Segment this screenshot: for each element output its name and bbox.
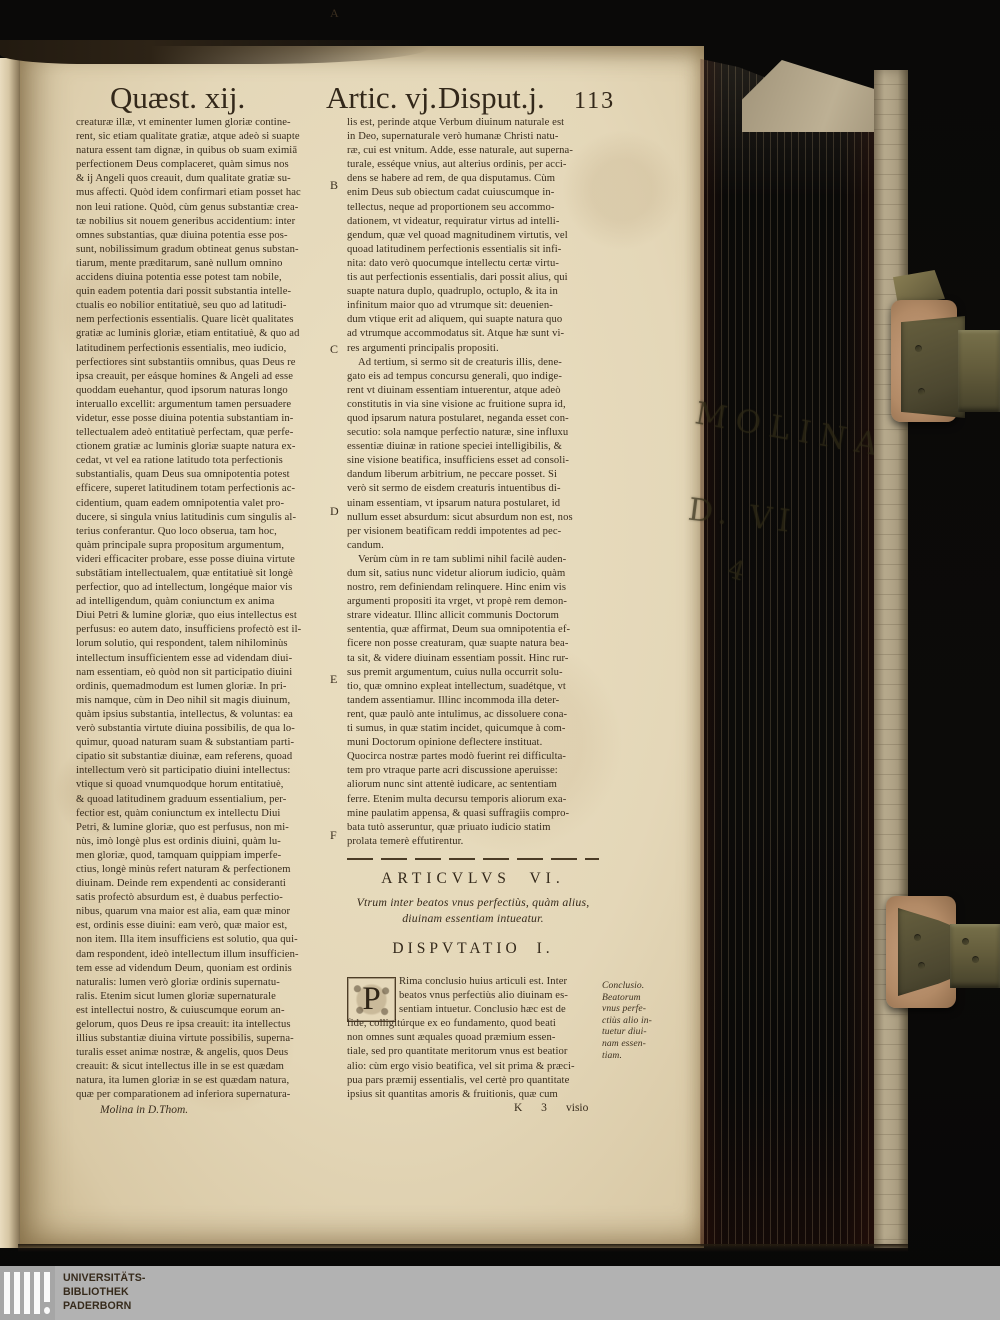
paragraph: Verùm cùm in re tam sublimi nihil facilè… <box>347 553 599 849</box>
text-line: sentiam intuetur. Conclusio hæc est de <box>399 1003 599 1017</box>
clasp-rivet <box>914 934 921 941</box>
clasp-rivet <box>915 345 922 352</box>
text-line: substantialis, quam Deus sua omnipotenti… <box>76 468 330 482</box>
clasp-strap <box>958 330 1000 412</box>
text-line: tuetur diui- <box>602 1026 672 1038</box>
text-line: Conclusio. <box>602 980 672 992</box>
text-line: tiam. <box>602 1050 672 1062</box>
fore-edge-red-pages <box>700 54 876 1246</box>
text-line: tiarum, mente præditarum, sanè nullum om… <box>76 257 330 271</box>
text-line: dum sit, satius nunc videtur aliorum iud… <box>347 567 599 581</box>
text-line: ducere, si singula vnius latitudinis cum… <box>76 511 330 525</box>
text-line: natura essent tam dignæ, in quibus ob su… <box>76 144 330 158</box>
text-line: turalis esset animæ nostræ, & angelis, q… <box>76 1046 330 1060</box>
text-line: creauit: & sicut intellectus ille in se … <box>76 1060 330 1074</box>
text-line: ta sit, & videre diuinam essentiam possi… <box>347 652 599 666</box>
text-line: ti sumus, in quæ statim incidet, quicumq… <box>347 722 599 736</box>
text-line: uinam essentiam, vt ipsarum natura postu… <box>347 497 599 511</box>
text-line: nibus, quarum vna maior est alia, eam qu… <box>76 905 330 919</box>
text-line: ctionem gratiæ ac luminis gloriæ suapte … <box>76 440 330 454</box>
text-line: Ad tertium, si sermo sit de creaturis il… <box>347 356 599 370</box>
paragraph: creaturæ illæ, vt eminenter lumen gloriæ… <box>76 116 330 1103</box>
clasp-rivet <box>918 962 925 969</box>
article-question: Vtrum inter beatos vnus perfectiùs, quàm… <box>340 894 606 926</box>
text-line: sus premit argumentum, cuius nulla occur… <box>347 666 599 680</box>
text-line: non omnes sunt æquales quoad præmium ess… <box>347 1031 599 1045</box>
catchword: visio <box>566 1102 588 1114</box>
text-line: rent vt diuinam essentiam intuerentur, a… <box>347 384 599 398</box>
text-line: verò sit sermo de eisdem creaturis intue… <box>347 482 599 496</box>
text-line: ctiùs alio in- <box>602 1015 672 1027</box>
text-line: ipsius sit quantitas amoris & fruitionis… <box>347 1088 599 1102</box>
text-line: ctius, longè minùs refert naturam & perf… <box>76 863 330 877</box>
text-line: constitutis in via sine visione ac fruit… <box>347 398 599 412</box>
running-head-quaestio: Quæst. xij. <box>110 80 245 116</box>
text-line: turale, esséque vnius, aut alterius ordi… <box>347 158 599 172</box>
margin-letter-E: E <box>330 672 337 687</box>
text-line: substātiam intellectualem, quæ entitatiu… <box>76 567 330 581</box>
text-line: cidentium, quam eadem omnipotentia valet… <box>76 497 330 511</box>
text-line: illius substantiæ diuina virtute possibi… <box>76 1032 330 1046</box>
library-logo <box>0 1266 55 1320</box>
text-line: non item. Illa item insufficiens est sol… <box>76 933 330 947</box>
text-line: nùs, imò longè plus est ordinis diuini, … <box>76 835 330 849</box>
clasp-plate <box>901 316 965 418</box>
text-line: intellectum verò sit participatio diuini… <box>76 764 330 778</box>
text-line: mine paulatim appensa, & quasi suffragii… <box>347 807 599 821</box>
text-line: ad intelligendum, quàm coniunctum ex ani… <box>76 595 330 609</box>
text-line: fide, colligitúrque ex eo fundamento, qu… <box>347 1017 599 1031</box>
text-line: strare videatur. Illinc allicit communis… <box>347 609 599 623</box>
text-line: Vtrum inter beatos vnus perfectiùs, quàm… <box>340 894 606 910</box>
text-line: dum vtique erit ad aliquem, qui suapte n… <box>347 313 599 327</box>
text-line: natura, ita lumen gloriæ in se est quæda… <box>76 1074 330 1088</box>
text-line: quàm principale supra propositum argumen… <box>76 539 330 553</box>
text-line: mus affecti. Quòd idem confirmari etiam … <box>76 186 330 200</box>
text-line: videri efficaciter probare, esse posse d… <box>76 553 330 567</box>
text-line: Beatorum <box>602 992 672 1004</box>
text-line: muni Doctorum opinione deflectere instit… <box>347 736 599 750</box>
text-line: tæ nobilius sit nouem generibus accident… <box>76 215 330 229</box>
section-rule <box>347 858 599 860</box>
logo-bar-icon <box>4 1272 10 1314</box>
text-line: Petri, & lumine gloriæ, quo est perfusus… <box>76 821 330 835</box>
text-line: bata tutò asseruntur, quæ priuato iudici… <box>347 821 599 835</box>
text-line: quod ipsarum natura postularet, neganda … <box>347 412 599 426</box>
text-line: tem pro vtraque parte acri discussione a… <box>347 764 599 778</box>
text-line: gelorum, quos Deus re ipsa creauit: ita … <box>76 1018 330 1032</box>
text-line: perfusus: eo autem dato, insufficiens pr… <box>76 623 330 637</box>
text-line: gendum, quæ vel quoad magnitudinem virtu… <box>347 229 599 243</box>
cover-board-edge <box>874 70 908 1248</box>
text-line: ferre. Etenim multa decursu temporis ali… <box>347 793 599 807</box>
text-line: cipatio sit substantiæ diuinæ, eam refer… <box>76 750 330 764</box>
text-line: quin eadem potentia dari possit substant… <box>76 285 330 299</box>
text-line: terius conferantur. Quo loco obserua, ta… <box>76 525 330 539</box>
gathering-signature: K 3 <box>514 1102 547 1114</box>
text-line: & ij Angeli quos creauit, dum qualitate … <box>76 172 330 186</box>
text-line: sunt, nobilissimum gradum obtineat genus… <box>76 243 330 257</box>
text-line: ficere non posse creaturam, quæ suapte n… <box>347 637 599 651</box>
text-line: nullum esset absurdum: sicut absurdum no… <box>347 511 599 525</box>
text-line: res argumenti principalis propositi. <box>347 342 599 356</box>
text-line: non leui ratione. Quòd, cùm genus substa… <box>76 201 330 215</box>
text-line: secutio: sola namque perfectio naturæ, s… <box>347 426 599 440</box>
running-head-articulus: Artic. vj. <box>326 80 437 116</box>
text-line: naturalis: lumen verò gloriæ ordinis sup… <box>76 976 330 990</box>
text-line: diuinam. Deinde rem expendenti ac consid… <box>76 877 330 891</box>
text-line: lis est, perinde atque Verbum diuinum na… <box>347 116 599 130</box>
text-line: beatos vnus perfectiùs alio diuinam es- <box>399 989 599 1003</box>
text-line: efficere, superet latitudinem totam perf… <box>76 482 330 496</box>
text-line: tellectualem adeò entitatiuè perfectam, … <box>76 426 330 440</box>
text-line: PADERBORN <box>63 1299 146 1313</box>
text-line: interuallo excellit: argumentum tamen pe… <box>76 398 330 412</box>
text-line: candum. <box>347 539 599 553</box>
conclusion-paragraph: Rima conclusio huius articuli est. Inter… <box>347 975 599 1102</box>
text-line: videtur, esse posse diuina potentia subs… <box>76 412 330 426</box>
running-head-disputatio: Disput.j. <box>438 80 545 116</box>
text-line: ipsa creauit, per eásque homines & Angel… <box>76 370 330 384</box>
logo-bar-icon <box>34 1272 40 1314</box>
paragraph: lis est, perinde atque Verbum diuinum na… <box>347 116 599 356</box>
text-line: suapte natura duplo, quadruplo, octuplo,… <box>347 285 599 299</box>
text-line: creaturæ illæ, vt eminenter lumen gloriæ… <box>76 116 330 130</box>
text-line: lorum solutio, qui respondent, talem nih… <box>76 637 330 651</box>
text-column-left: creaturæ illæ, vt eminenter lumen gloriæ… <box>76 116 330 1103</box>
text-line: verò substantia virtute diuina possibili… <box>76 722 330 736</box>
text-line: pua pars præmij essentialis, vel certè p… <box>347 1074 599 1088</box>
logo-bar-icon <box>14 1272 20 1314</box>
text-line: in Deo, supernaturale verò humanæ Christ… <box>347 130 599 144</box>
text-line: diuinam essentiam intueatur. <box>340 910 606 926</box>
text-line: tiale, sed pro quantitate meritorum vnus… <box>347 1045 599 1059</box>
text-line: cedat, vt vel ea ratione latitudo tota p… <box>76 454 330 468</box>
adjacent-page-edge <box>0 58 22 1248</box>
text-line: tio, quæ omnino expleat intellectum, sua… <box>347 680 599 694</box>
text-line: tis aut perfectionis essentialis, dari p… <box>347 271 599 285</box>
library-footer-band: UNIVERSITÄTS-BIBLIOTHEKPADERBORN <box>0 1266 1000 1320</box>
text-line: prolata temerè effutirentur. <box>347 835 599 849</box>
disputatio-heading: DISPVTATIO I. <box>347 940 599 958</box>
text-line: perfectiores sint substantiis omnibus, q… <box>76 356 330 370</box>
library-name: UNIVERSITÄTS-BIBLIOTHEKPADERBORN <box>63 1271 146 1313</box>
text-line: nita: dato verò quocumque intellectu cer… <box>347 257 599 271</box>
text-line: dens se habere ad rem, de qua disputamus… <box>347 172 599 186</box>
text-line: gato eis ad tempus concursu generali, qu… <box>347 370 599 384</box>
text-line: Verùm cùm in re tam sublimi nihil facilè… <box>347 553 599 567</box>
clasp-rivet <box>918 388 925 395</box>
article-heading: ARTICVLVS VI. <box>347 870 599 888</box>
text-line: latitudinem perfectionis essentialis, me… <box>76 342 330 356</box>
text-line: fectior est, quàm coniunctum ex intellec… <box>76 807 330 821</box>
text-line: ralis. Etenim sicut lumen gloriæ superna… <box>76 990 330 1004</box>
text-line: dationem, vt videatur, requiratur virtus… <box>347 215 599 229</box>
text-line: tellectus, neque ad proportionem seu acc… <box>347 201 599 215</box>
clasp-rivet <box>972 956 979 963</box>
text-line: omnes substantias, quæ diuina potentia e… <box>76 229 330 243</box>
text-line: quàm ipsius substantia, intellectus, & v… <box>76 708 330 722</box>
text-line: BIBLIOTHEK <box>63 1285 146 1299</box>
text-line: tem esse ad videndum Deum, quoniam est o… <box>76 962 330 976</box>
text-line: perfectior, quo ad intellectum, longéque… <box>76 581 330 595</box>
text-line: gratiæ ac luminis gloriæ, etiam entitati… <box>76 327 330 341</box>
text-line: quoddam euehantur, quod ipsorum naturas … <box>76 384 330 398</box>
margin-letter-A: A <box>330 6 339 21</box>
text-line: enim Deus sub obiectum cadat cuiuscumque… <box>347 186 599 200</box>
text-line: ctualis eo nobilior entitatiuè, seu quo … <box>76 299 330 313</box>
marginal-note: Conclusio.Beatorumvnus perfe-ctiùs alio … <box>602 980 672 1061</box>
text-line: perfectionem Deus complaceret, quàm simu… <box>76 158 330 172</box>
paragraph: Ad tertium, si sermo sit de creaturis il… <box>347 356 599 553</box>
page-number: 113 <box>574 88 615 115</box>
photographed-book-scan: MOLINA D. VI 4 Quæst. xij. Artic. vj. Di… <box>0 0 1000 1320</box>
text-line: UNIVERSITÄTS- <box>63 1271 146 1285</box>
text-line: quæ per comparationem ad inferiora super… <box>76 1088 330 1102</box>
text-line: tandem assentiamur. Illinc incommoda ill… <box>347 694 599 708</box>
text-line: argumenti propositi ita vrget, vt propè … <box>347 595 599 609</box>
text-line: dandum liberum arbitrium, ne peccare pos… <box>347 468 599 482</box>
text-line: est, ordinis esse diuini: eam verò, quæ … <box>76 919 330 933</box>
logo-bar-icon <box>44 1272 50 1302</box>
text-column-right: lis est, perinde atque Verbum diuinum na… <box>347 116 599 849</box>
text-line: Quocirca nostræ partes modò fuerint rei … <box>347 750 599 764</box>
text-line: ad vtrumque accommodatus sit. Atque hæ s… <box>347 327 599 341</box>
text-line: vnus perfe- <box>602 1003 672 1015</box>
text-line: nem perfectionis essentialis. Quare licè… <box>76 313 330 327</box>
text-line: rent, quæ paulò ante intulimus, ac disso… <box>347 708 599 722</box>
text-line: nam essen- <box>602 1038 672 1050</box>
text-line: intellectum insufficientem esse ad viden… <box>76 652 330 666</box>
text-line: men gloriæ, quod, tamquam quippiam imper… <box>76 849 330 863</box>
text-line: est intellectui nostro, & cuiuscumque eo… <box>76 1004 330 1018</box>
text-line: infinitum maior quo ad vtrumque sit: deu… <box>347 299 599 313</box>
text-line: satis profectò absurdum est, è duabus pe… <box>76 891 330 905</box>
text-line: ordinis, quemadmodum est lumen gloriæ. I… <box>76 680 330 694</box>
margin-letter-D: D <box>330 504 339 519</box>
logo-bar-icon <box>24 1272 30 1314</box>
running-title-molina: Molina in D.Thom. <box>100 1104 188 1116</box>
text-line: dam respondent, ideò intellectum illum i… <box>76 948 330 962</box>
margin-letter-F: F <box>330 828 337 843</box>
text-line: & quoad latitudinem graduum essentialium… <box>76 793 330 807</box>
text-line: sine visione beatifica, insufficiens ess… <box>347 454 599 468</box>
clasp-rivet <box>962 938 969 945</box>
text-line: quimur, quoad naturam suam & substantiam… <box>76 736 330 750</box>
text-line: rent, sic etiam qualitate gratiæ, atque … <box>76 130 330 144</box>
text-line: ræ, cui est vnitum. Adde, esse naturale,… <box>347 144 599 158</box>
text-line: accidens diuina potentia esse potest tam… <box>76 271 330 285</box>
text-line: alio: cùm ergo visio beatifica, vel sit … <box>347 1060 599 1074</box>
text-line: per visionem beatificam reddi impotentes… <box>347 525 599 539</box>
text-line: Rima conclusio huius articuli est. Inter <box>399 975 599 989</box>
text-line: sententia, quæ affirmat, Deum sua omnipo… <box>347 623 599 637</box>
text-line: vtique si quoad vnumquodque horum entita… <box>76 778 330 792</box>
text-line: quoad latitudinem perfectionis essential… <box>347 243 599 257</box>
margin-letter-C: C <box>330 342 338 357</box>
logo-dot-icon <box>44 1307 50 1314</box>
book-bottom-shadow <box>18 1244 908 1252</box>
text-line: nostro, rem definiendam relinquere. Hinc… <box>347 581 599 595</box>
text-line: essentiæ diuinæ in ratione speciei intel… <box>347 440 599 454</box>
text-line: nam essentiam, eò quòd non sit participa… <box>76 666 330 680</box>
text-line: mis namque, cùm in Deo nihil sit magis d… <box>76 694 330 708</box>
text-line: Diui Petri & lumine gloriæ, quo eius int… <box>76 609 330 623</box>
text-line: aliorum nunc sint attentè iudicare, ac s… <box>347 778 599 792</box>
margin-letter-B: B <box>330 178 338 193</box>
